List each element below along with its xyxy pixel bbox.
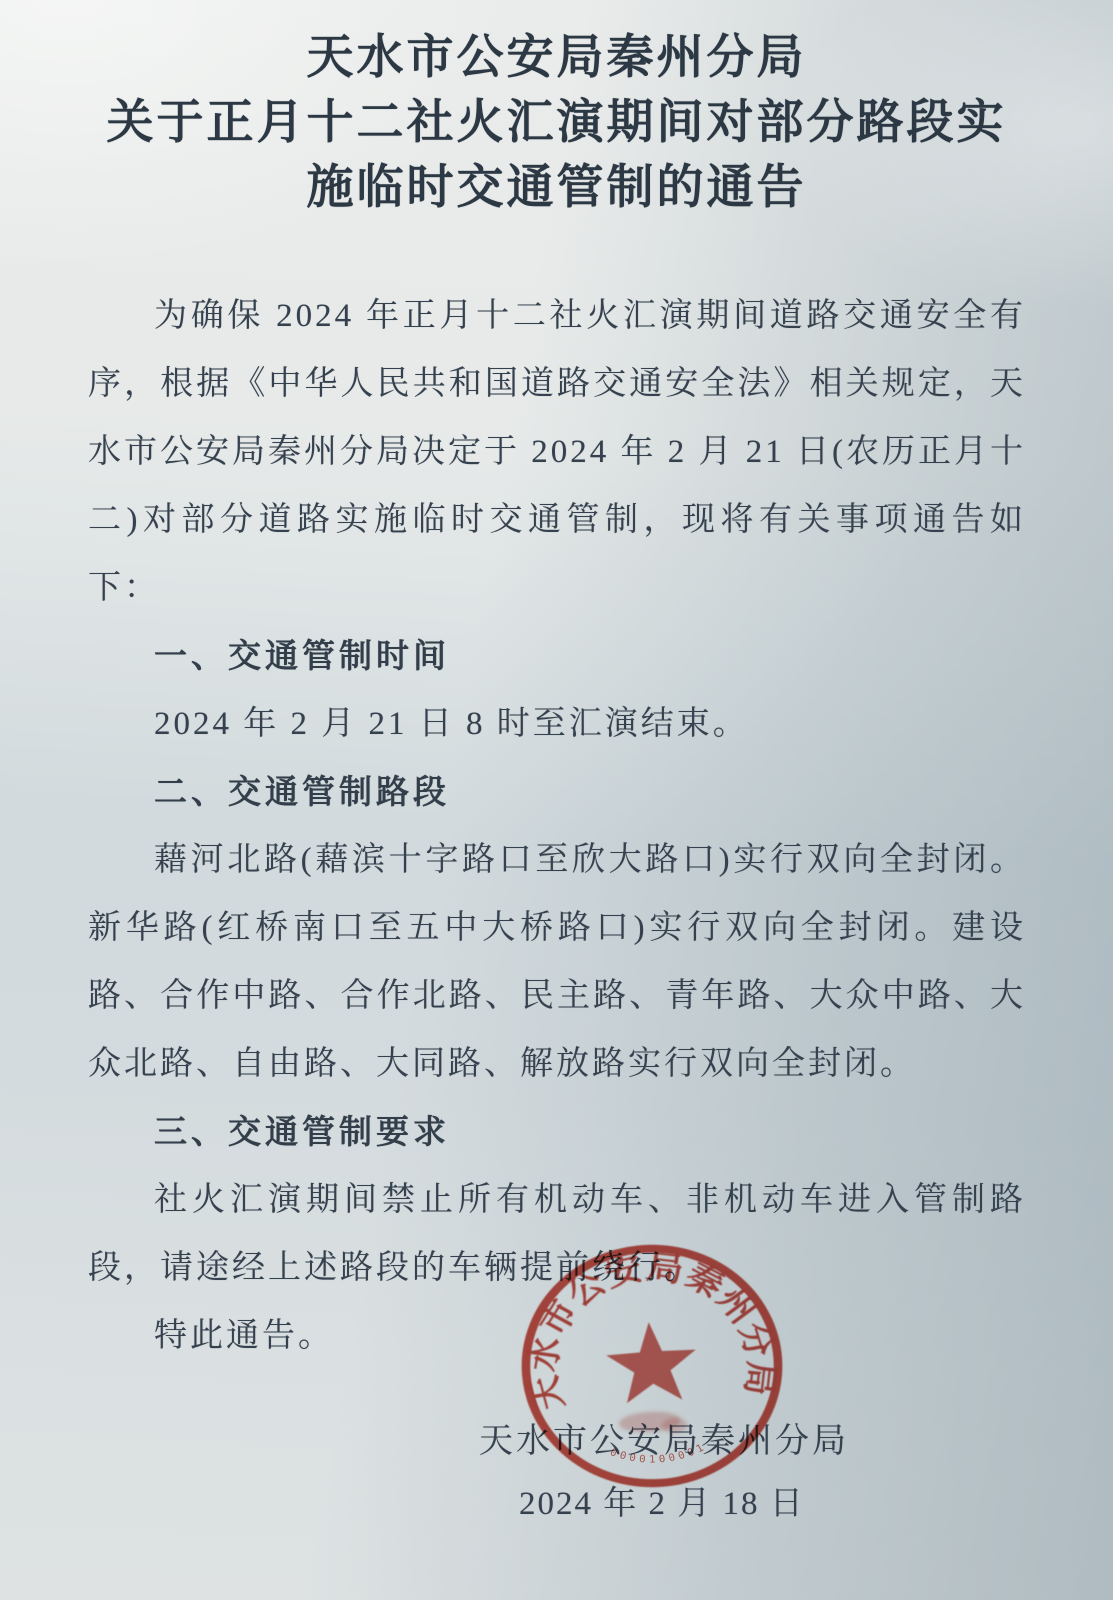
section-2-heading: 二、交通管制路段 xyxy=(88,758,1026,826)
section-1-heading: 一、交通管制时间 xyxy=(88,622,1026,690)
title-line-2: 关于正月十二社火汇演期间对部分路段实 xyxy=(40,91,1073,156)
section-3-heading: 三、交通管制要求 xyxy=(88,1098,1026,1166)
issuer-signature: 天水市公安局秦州分局 xyxy=(479,1413,849,1462)
scanned-notice-page: 天水市公安局秦州分局 关于正月十二社火汇演期间对部分路段实 施临时交通管制的通告… xyxy=(0,0,1113,1600)
intro-paragraph: 为确保 2024 年正月十二社火汇演期间道路交通安全有序，根据《中华人民共和国道… xyxy=(88,282,1026,622)
notice-body: 为确保 2024 年正月十二社火汇演期间道路交通安全有序，根据《中华人民共和国道… xyxy=(88,282,1026,1370)
section-2-paragraph: 藉河北路(藉滨十字路口至欣大路口)实行双向全封闭。新华路(红桥南口至五中大桥路口… xyxy=(88,826,1026,1098)
section-1-paragraph: 2024 年 2 月 21 日 8 时至汇演结束。 xyxy=(88,690,1026,758)
closing-line: 特此通告。 xyxy=(88,1302,1026,1370)
notice-title: 天水市公安局秦州分局 关于正月十二社火汇演期间对部分路段实 施临时交通管制的通告 xyxy=(40,26,1073,221)
title-line-1: 天水市公安局秦州分局 xyxy=(40,26,1073,91)
issue-date: 2024 年 2 月 18 日 xyxy=(519,1477,805,1524)
title-line-3: 施临时交通管制的通告 xyxy=(40,156,1073,221)
section-3-paragraph: 社火汇演期间禁止所有机动车、非机动车进入管制路段，请途经上述路段的车辆提前绕行。 xyxy=(88,1166,1026,1302)
